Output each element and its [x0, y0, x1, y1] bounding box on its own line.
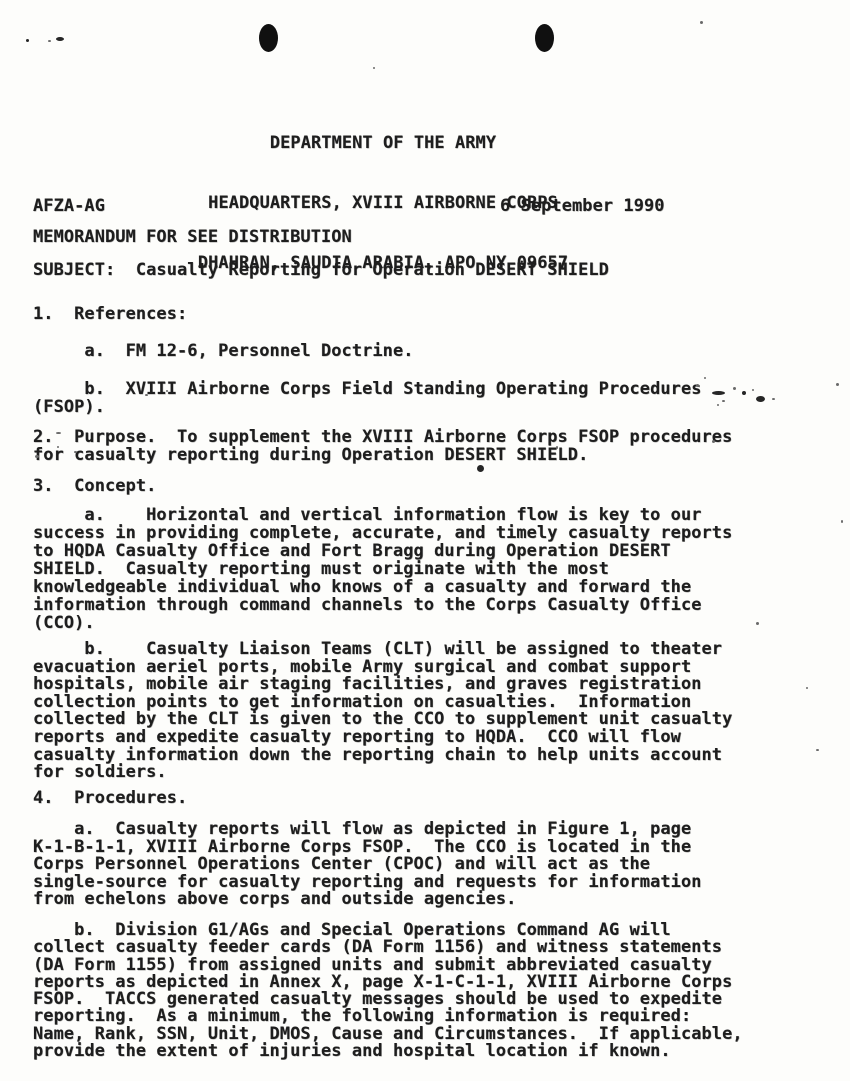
office-symbol: AFZA-AG: [33, 197, 105, 215]
scan-speck: [756, 396, 765, 402]
scan-speck: [696, 384, 699, 387]
scan-speck: [56, 432, 61, 434]
scan-speck: [722, 400, 725, 402]
para-references-a: a. FM 12-6, Personnel Doctrine.: [33, 342, 414, 360]
scan-speck: [26, 39, 29, 42]
para-procedures-b: b. Division G1/AGs and Special Operation…: [33, 922, 743, 1060]
punch-hole-mark-left: [259, 24, 278, 52]
scan-speck: [772, 398, 775, 400]
para-purpose: 2. Purpose. To supplement the XVIII Airb…: [33, 428, 732, 464]
para-references-b: b. XVIII Airborne Corps Field Standing O…: [33, 380, 702, 416]
scan-speck: [816, 749, 819, 751]
scan-speck: [57, 446, 59, 448]
scan-speck: [556, 446, 558, 449]
punch-hole-mark-right: [535, 24, 554, 52]
scan-speck: [752, 389, 754, 391]
scan-speck: [74, 451, 77, 453]
subject-line: SUBJECT: Casualty Reporting for Operatio…: [33, 261, 609, 279]
letterhead-department: DEPARTMENT OF THE ARMY: [23, 133, 743, 153]
scan-speck: [35, 455, 39, 458]
scan-speck: [712, 440, 715, 443]
scan-speck: [166, 390, 168, 392]
scan-speck: [712, 391, 725, 395]
scan-speck: [742, 391, 746, 395]
scan-speck: [373, 67, 375, 69]
scan-speck: [477, 465, 484, 472]
scan-speck: [756, 622, 759, 625]
scan-speck: [733, 387, 736, 390]
para-procedures-heading: 4. Procedures.: [33, 789, 187, 807]
scan-speck: [841, 520, 843, 523]
scan-speck: [700, 21, 703, 24]
scan-speck: [836, 383, 839, 386]
memorandum-line: MEMORANDUM FOR SEE DISTRIBUTION: [33, 228, 352, 246]
para-concept-heading: 3. Concept.: [33, 477, 156, 495]
scan-speck: [56, 37, 64, 41]
para-procedures-a: a. Casualty reports will flow as depicte…: [33, 821, 702, 909]
scan-speck: [806, 687, 808, 689]
scan-speck: [145, 394, 148, 396]
para-references-heading: 1. References:: [33, 305, 187, 323]
para-concept-a: a. Horizontal and vertical information f…: [33, 506, 732, 632]
scan-speck: [704, 377, 706, 379]
scan-speck: [48, 40, 51, 42]
para-concept-b: b. Casualty Liaison Teams (CLT) will be …: [33, 641, 732, 782]
scan-speck: [717, 404, 719, 406]
scanned-memo-page: DEPARTMENT OF THE ARMY HEADQUARTERS, XVI…: [0, 0, 850, 1081]
date: 6 September 1990: [500, 197, 665, 215]
